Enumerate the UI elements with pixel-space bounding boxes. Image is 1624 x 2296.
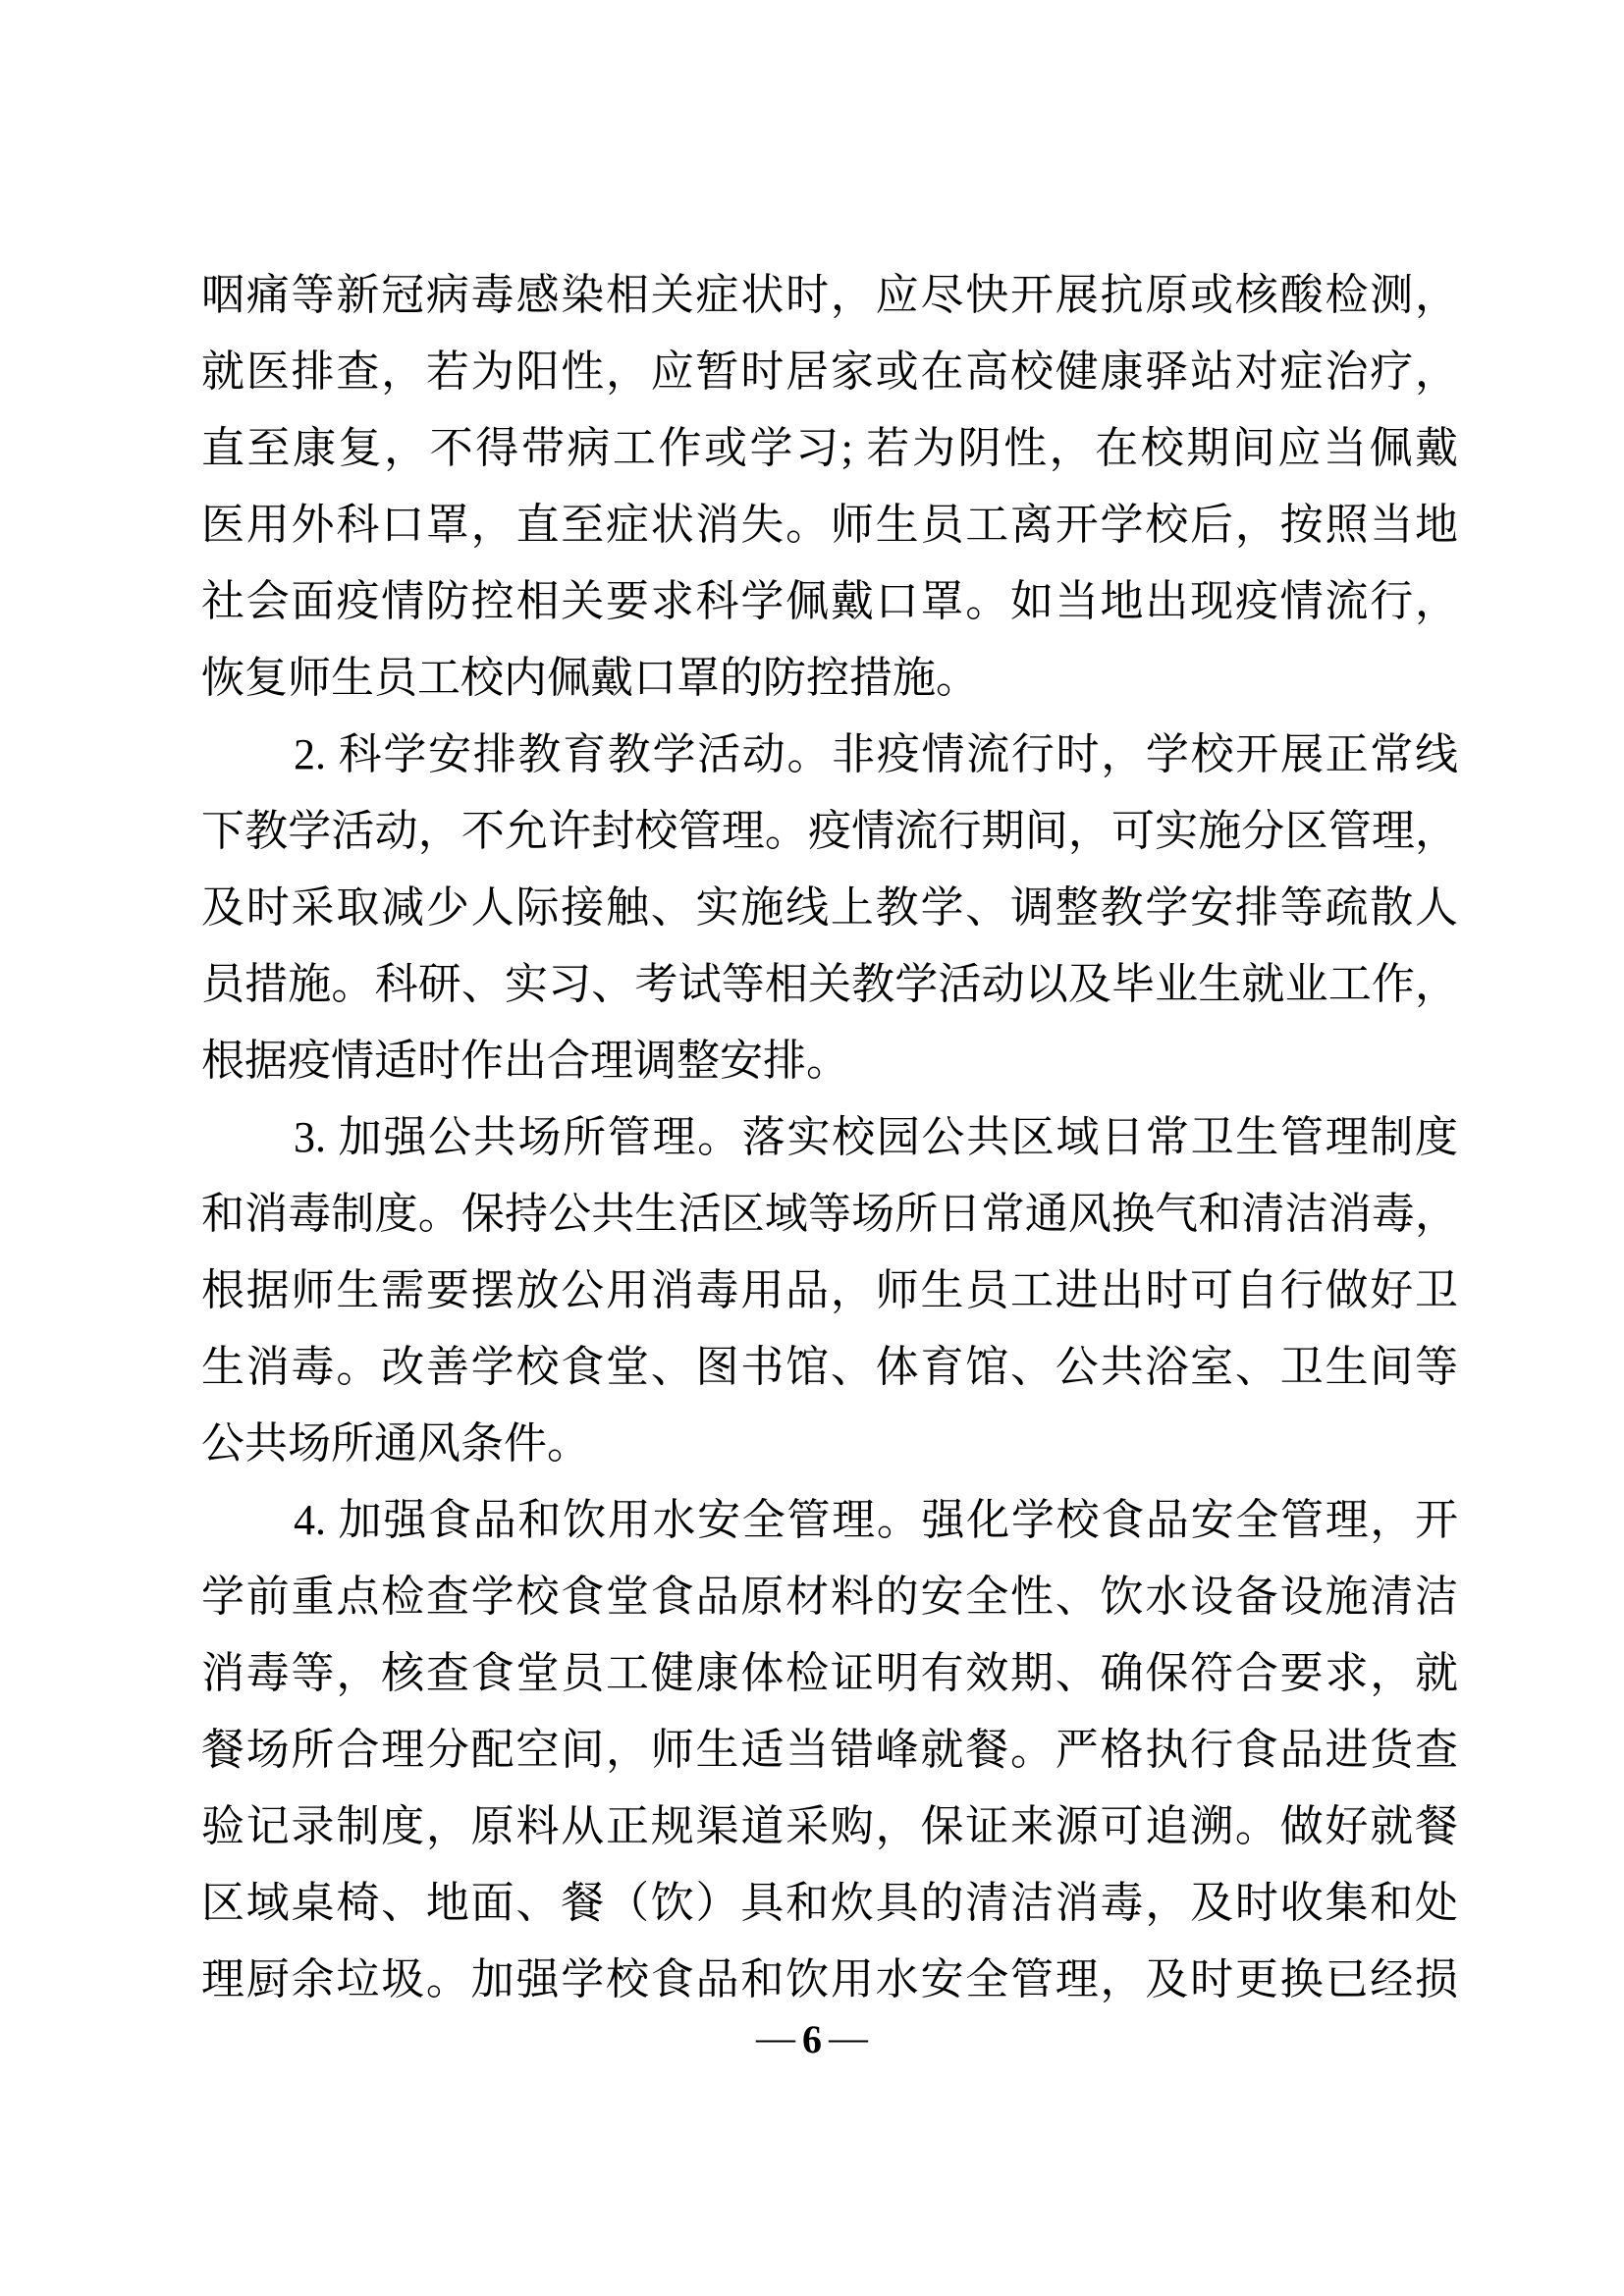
text-line-19: 消毒等，核查食堂员工健康体检证明有效期、确保符合要求，就 <box>201 1635 1458 1712</box>
text-line-18: 学前重点检查学校食堂食品原材料的安全性、饮水设备设施清洁 <box>201 1559 1458 1635</box>
text-line-3: 直至康复，不得带病工作或学习; 若为阴性，在校期间应当佩戴 <box>201 410 1458 487</box>
document-page: 咽痛等新冠病毒感染相关症状时，应尽快开展抗原或核酸检测， 就医排查，若为阳性，应… <box>0 0 1624 2296</box>
text-line-4: 医用外科口罩，直至症状消失。师生员工离开学校后，按照当地 <box>201 487 1458 563</box>
text-line-10: 员措施。科研、实习、考试等相关教学活动以及毕业生就业工作， <box>201 946 1458 1023</box>
footer-dash-right: — <box>829 2010 868 2065</box>
text-line-11: 根据疫情适时作出合理调整安排。 <box>201 1023 1458 1099</box>
text-line-8: 下教学活动，不允许封校管理。疫情流行期间，可实施分区管理， <box>201 793 1458 870</box>
page-footer: —6— <box>0 2012 1624 2067</box>
text-line-9: 及时采取减少人际接触、实施线上教学、调整教学安排等疏散人 <box>201 870 1458 946</box>
text-line-22: 区域桌椅、地面、餐（饮）具和炊具的清洁消毒，及时收集和处 <box>201 1865 1458 1942</box>
text-line-16: 公共场所通风条件。 <box>201 1406 1458 1482</box>
text-line-12: 3. 加强公共场所管理。落实校园公共区域日常卫生管理制度 <box>201 1099 1458 1176</box>
text-line-5: 社会面疫情防控相关要求科学佩戴口罩。如当地出现疫情流行， <box>201 563 1458 640</box>
page-number: 6 <box>802 2012 822 2067</box>
text-line-13: 和消毒制度。保持公共生活区域等场所日常通风换气和清洁消毒， <box>201 1176 1458 1253</box>
text-line-7: 2. 科学安排教育教学活动。非疫情流行时，学校开展正常线 <box>201 717 1458 793</box>
text-line-2: 就医排查，若为阳性，应暂时居家或在高校健康驿站对症治疗， <box>201 334 1458 410</box>
text-line-14: 根据师生需要摆放公用消毒用品，师生员工进出时可自行做好卫 <box>201 1253 1458 1329</box>
text-line-15: 生消毒。改善学校食堂、图书馆、体育馆、公共浴室、卫生间等 <box>201 1329 1458 1406</box>
text-line-21: 验记录制度，原料从正规渠道采购，保证来源可追溯。做好就餐 <box>201 1789 1458 1865</box>
document-body: 咽痛等新冠病毒感染相关症状时，应尽快开展抗原或核酸检测， 就医排查，若为阳性，应… <box>201 257 1458 2018</box>
text-line-23: 理厨余垃圾。加强学校食品和饮用水安全管理，及时更换已经损 <box>201 1942 1458 2018</box>
footer-dash-left: — <box>756 2010 795 2065</box>
text-line-17: 4. 加强食品和饮用水安全管理。强化学校食品安全管理，开 <box>201 1482 1458 1559</box>
text-line-1: 咽痛等新冠病毒感染相关症状时，应尽快开展抗原或核酸检测， <box>201 257 1458 334</box>
text-line-20: 餐场所合理分配空间，师生适当错峰就餐。严格执行食品进货查 <box>201 1712 1458 1789</box>
text-line-6: 恢复师生员工校内佩戴口罩的防控措施。 <box>201 640 1458 717</box>
